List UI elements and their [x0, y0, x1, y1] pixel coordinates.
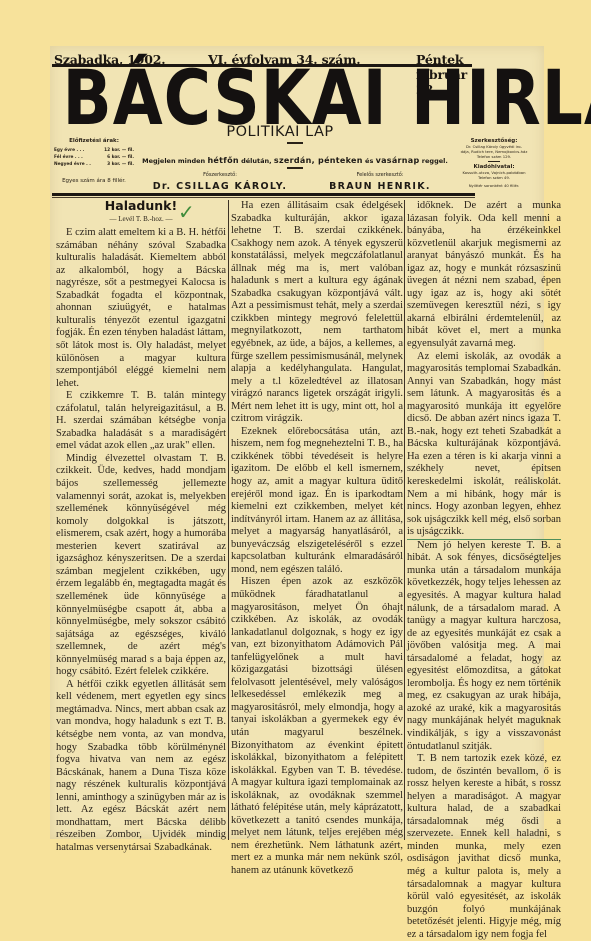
office-info: Szerkesztőség: Dr. Csillag Károly ügyvéd… [444, 138, 544, 188]
masthead-subtitle: POLITIKAI LAP [170, 124, 390, 140]
divider [287, 167, 303, 169]
column-separator [404, 200, 405, 840]
price-row: Negyed évre . .3 kor. — fil. [54, 161, 134, 168]
price-row: Egy évre . . .12 kor. — fil. [54, 147, 134, 154]
article-title: Haladunk! [56, 200, 226, 213]
subscription-title: Előfizetési árak: [54, 138, 134, 144]
price-row: Fél évre . . .6 kor. — fil. [54, 154, 134, 161]
article-column-1: Haladunk! — Levél T. B.-hoz. — E czim al… [56, 200, 226, 854]
column-separator [228, 200, 229, 840]
article-column-2: Ha ezen állitásaim csak édelgések Szabad… [231, 200, 403, 862]
single-issue-price: Egyes szám ára 8 fillér. [54, 178, 134, 184]
masthead-bottom-rule [52, 193, 475, 196]
divider [287, 142, 303, 144]
editor-in-chief: Főszerkesztő: Dr. CSILLAG KÁROLY. [150, 172, 290, 192]
article-byline: — Levél T. B.-hoz. — [56, 213, 226, 226]
responsible-editor: Felelős szerkesztő: BRAUN HENRIK. [310, 172, 450, 192]
article-column-3: időknek. De azért a munka lázasan folyik… [407, 200, 561, 862]
checkmark-icon: ✓ [178, 200, 195, 224]
publication-schedule: Megjelen minden hétfőn délután, szerdán,… [138, 156, 452, 165]
subscription-prices: Előfizetési árak: Egy évre . . .12 kor. … [54, 138, 134, 184]
